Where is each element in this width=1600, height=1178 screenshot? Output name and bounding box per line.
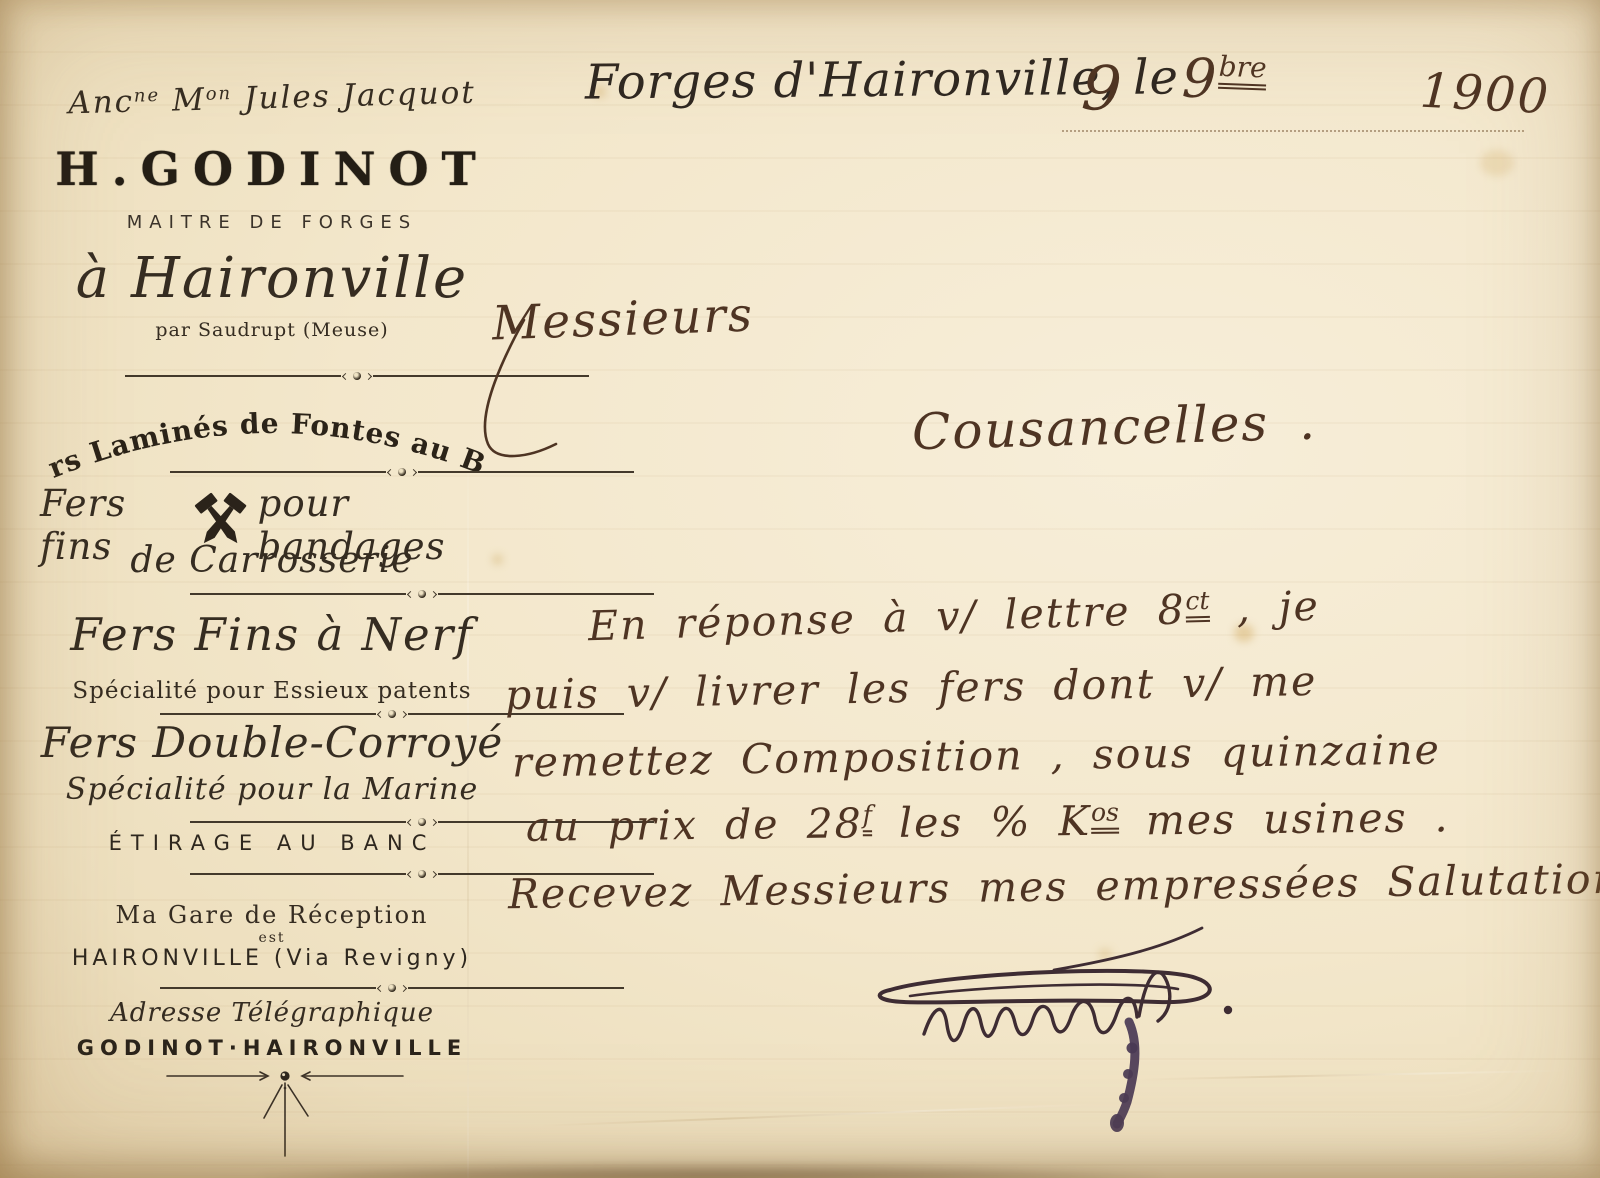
abbr-sup: f [862, 800, 872, 829]
telegraph-label: Adresse Télégraphique [40, 998, 504, 1028]
product-nerf-sub: Spécialité pour Essieux patents [40, 678, 504, 704]
abbr-sup: os [1091, 798, 1119, 827]
predecessor-sup: ne [134, 85, 161, 107]
company-role: MAITRE DE FORGES [40, 212, 504, 233]
divider-ornament [40, 468, 764, 476]
station-line2: est [40, 930, 504, 946]
station-line3: HAIRONVILLE (Via Revigny) [40, 946, 504, 971]
body-line-2: puis v/ livrer les fers dont v/ me [505, 657, 1318, 719]
divider-ornament [40, 590, 804, 598]
signature [828, 912, 1258, 1142]
month-number: 9 [1181, 47, 1220, 111]
product-nerf-title: Fers Fins à Nerf [40, 608, 504, 661]
predecessor-text: Jules Jacquot [232, 75, 476, 117]
company-name: H.GODINOT [40, 142, 504, 196]
handwritten-year: 1900 [1419, 63, 1552, 126]
station-line1: Ma Gare de Réception [40, 901, 504, 929]
salutation-flourish [468, 318, 588, 473]
company-place: à Haironville [40, 246, 504, 311]
predecessor-line: Ancne Mon Jules Jacquot [40, 74, 505, 122]
body-line-3: remettez Composition , sous quinzaine [512, 726, 1441, 787]
body-text: , je [1209, 582, 1320, 633]
body-text: les % K [872, 797, 1092, 847]
scan-shadow [260, 1164, 1160, 1178]
body-text: au prix de 28 [526, 799, 863, 851]
company-place-sub: par Saudrupt (Meuse) [40, 319, 504, 341]
body-line-5: Recevez Messieurs mes empressées Salutat… [508, 854, 1600, 918]
product-bandages-below: de Carrosserie [40, 540, 504, 581]
predecessor-sup: on [205, 83, 232, 105]
paper-stain [1480, 150, 1514, 176]
process-line: ÉTIRAGE AU BANC [40, 831, 504, 855]
telegraph-address: GODINOT·HAIRONVILLE [40, 1036, 504, 1060]
handwritten-month: 9bre [1181, 47, 1267, 113]
month-suffix: bre [1218, 50, 1267, 85]
abbr-sup: ct [1185, 586, 1210, 616]
body-text: mes usines . [1119, 793, 1450, 844]
divider-ornament [40, 984, 744, 992]
handwritten-day: 9 [1080, 51, 1126, 127]
predecessor-text: Anc [68, 84, 135, 122]
body-line-4: au prix de 28f les % Kos mes usines . [526, 793, 1450, 851]
predecessor-text: M [160, 82, 207, 119]
product-corroye-title: Fers Double-Corroyé [40, 718, 504, 767]
product-corroye-sub: Spécialité pour la Marine [40, 772, 504, 807]
recipient: Cousancelles . [911, 393, 1317, 462]
telegraph-arrow-icon [165, 1066, 405, 1158]
letter-document: Ancne Mon Jules Jacquot H.GODINOT MAITRE… [0, 0, 1600, 1178]
